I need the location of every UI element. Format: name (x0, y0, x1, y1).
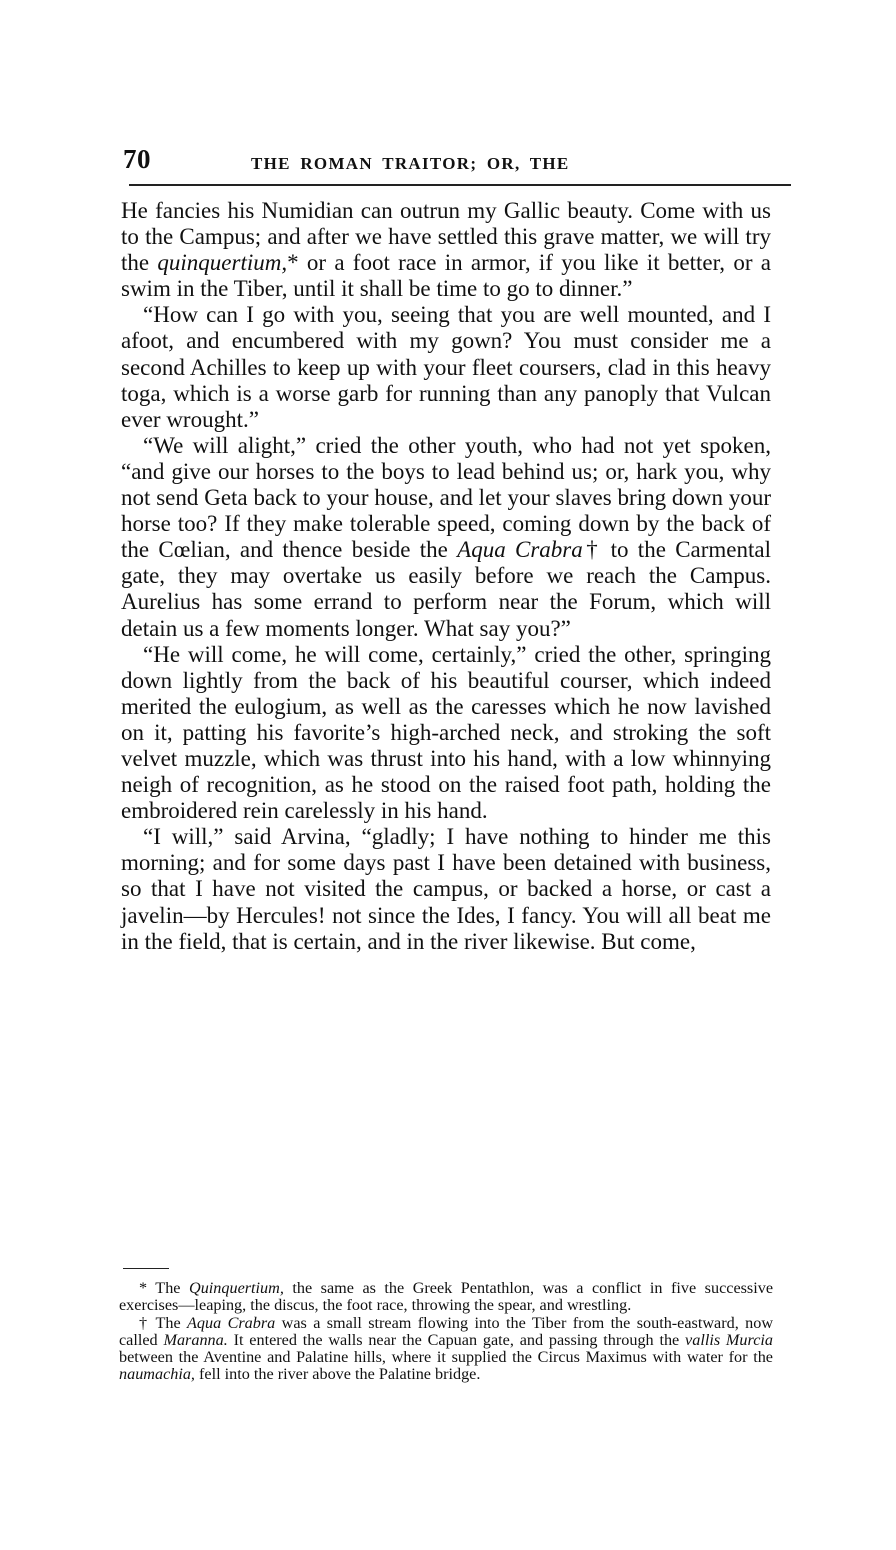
body-text: He fancies his Numidian can outrun my Ga… (121, 198, 771, 955)
italic-term: vallis Murcia (685, 1331, 773, 1349)
header-rule (129, 184, 791, 186)
footnotes: * The Quinquertium, the same as the Gree… (119, 1280, 773, 1384)
text-run: “I will,” said Arvina, “gladly; I have n… (121, 824, 771, 953)
text-run: “He will come, he will come, certainly,”… (121, 642, 771, 824)
book-page: 70 THE ROMAN TRAITOR; OR, THE He fancies… (121, 140, 769, 180)
paragraph: “I will,” said Arvina, “gladly; I have n… (121, 824, 771, 954)
italic-term: Maranna. (163, 1331, 227, 1349)
text-run: * The (139, 1279, 189, 1297)
paragraph: “We will alight,” cried the other youth,… (121, 433, 771, 642)
italic-term: naumachia, (119, 1365, 195, 1383)
paragraph: “He will come, he will come, certainly,”… (121, 642, 771, 825)
italic-term: Aqua Crabra (457, 537, 583, 562)
page-number: 70 (123, 144, 151, 175)
text-run: “How can I go with you, seeing that you … (121, 302, 771, 431)
italic-term: quinquertium, (157, 250, 287, 275)
footnote: * The Quinquertium, the same as the Gree… (119, 1280, 773, 1315)
paragraph: He fancies his Numidian can outrun my Ga… (121, 198, 771, 302)
running-title: THE ROMAN TRAITOR; OR, THE (251, 154, 570, 174)
text-run: fell into the river above the Palatine b… (195, 1365, 480, 1383)
italic-term: Quinquertium, (189, 1279, 284, 1297)
running-head: 70 THE ROMAN TRAITOR; OR, THE (121, 140, 769, 180)
paragraph: “How can I go with you, seeing that you … (121, 302, 771, 432)
text-run: † The (139, 1314, 187, 1332)
footnote: † The Aqua Crabra was a small stream flo… (119, 1315, 773, 1384)
text-run: It entered the walls near the Capuan gat… (228, 1331, 685, 1349)
italic-term: Aqua Crabra (187, 1314, 275, 1332)
text-run: between the Aventine and Palatine hills,… (119, 1348, 773, 1366)
footnote-rule (123, 1268, 169, 1269)
